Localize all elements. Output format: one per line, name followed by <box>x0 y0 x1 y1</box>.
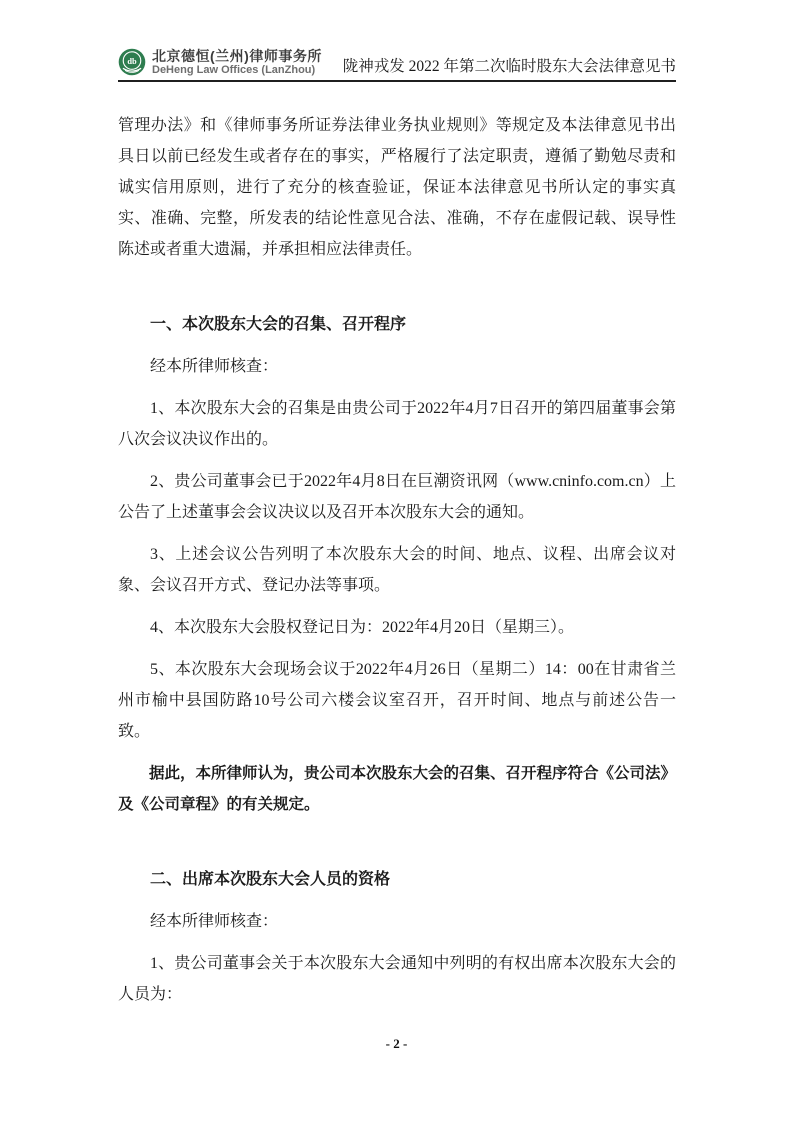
section-1-item-5: 5、本次股东大会现场会议于2022年4月26日（星期二）14：00在甘肃省兰州市… <box>118 654 676 747</box>
section-1-conclusion: 据此，本所律师认为，贵公司本次股东大会的召集、召开程序符合《公司法》及《公司章程… <box>118 758 676 820</box>
document-page: db 北京德恒(兰州)律师事务所 DeHeng Law Offices (Lan… <box>0 0 793 1122</box>
law-firm-brand: db 北京德恒(兰州)律师事务所 DeHeng Law Offices (Lan… <box>118 48 322 77</box>
section-1-item-3: 3、上述会议公告列明了本次股东大会的时间、地点、议程、出席会议对象、会议召开方式… <box>118 539 676 601</box>
page-number: - 2 - <box>386 1036 408 1051</box>
law-firm-name-cn: 北京德恒(兰州)律师事务所 <box>152 48 322 64</box>
header-doc-title: 陇神戎发 2022 年第二次临时股东大会法律意见书 <box>343 54 676 77</box>
section-1-item-2: 2、贵公司董事会已于2022年4月8日在巨潮资讯网（www.cninfo.com… <box>118 466 676 528</box>
section-1-item-1: 1、本次股东大会的召集是由贵公司于2022年4月7日召开的第四届董事会第八次会议… <box>118 393 676 455</box>
section-2-intro: 经本所律师核查： <box>118 906 676 937</box>
svg-text:db: db <box>127 57 137 66</box>
deheng-logo-icon: db <box>118 48 146 76</box>
section-2-item-1: 1、贵公司董事会关于本次股东大会通知中列明的有权出席本次股东大会的人员为： <box>118 948 676 1010</box>
law-firm-name-en: DeHeng Law Offices (LanZhou) <box>152 64 322 77</box>
page-header: db 北京德恒(兰州)律师事务所 DeHeng Law Offices (Lan… <box>118 48 676 82</box>
section-1-item-4: 4、本次股东大会股权登记日为：2022年4月20日（星期三）。 <box>118 612 676 643</box>
page-footer: - 2 - <box>0 1036 793 1052</box>
law-firm-name-block: 北京德恒(兰州)律师事务所 DeHeng Law Offices (LanZho… <box>152 48 322 77</box>
document-body: 管理办法》和《律师事务所证券法律业务执业规则》等规定及本法律意见书出具日以前已经… <box>118 110 676 1010</box>
section-2-heading: 二、出席本次股东大会人员的资格 <box>118 864 676 895</box>
paragraph-continuation: 管理办法》和《律师事务所证券法律业务执业规则》等规定及本法律意见书出具日以前已经… <box>118 110 676 265</box>
section-1-intro: 经本所律师核查： <box>118 351 676 382</box>
section-1-heading: 一、本次股东大会的召集、召开程序 <box>118 309 676 340</box>
